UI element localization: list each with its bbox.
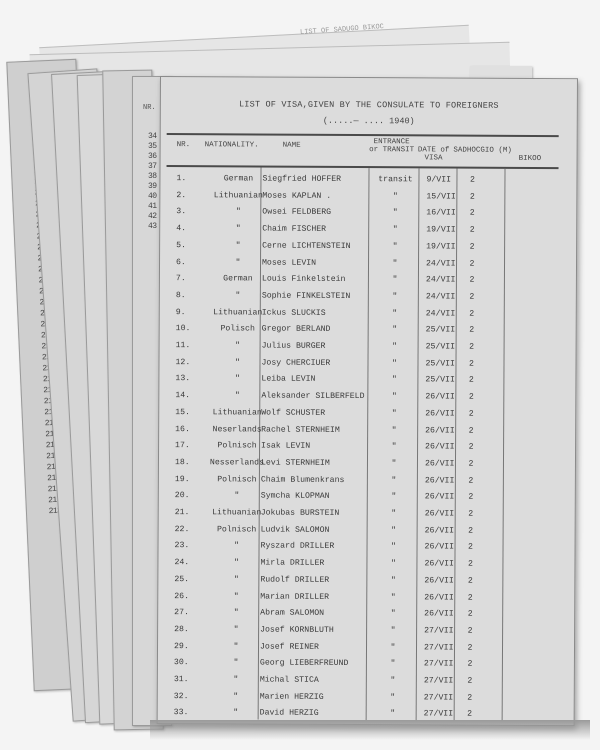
row-count: 2 [461, 440, 481, 456]
table-row: 28."Josef KORNBLUTH"27/VII2 [158, 622, 574, 640]
row-count: 2 [460, 674, 480, 690]
row-count: 2 [460, 640, 480, 656]
table-row: 16.NeserlandsRachel STERNHEIM"26/VII2 [159, 422, 575, 440]
page-shadow [150, 720, 590, 740]
row-visa-date: 27/VII [424, 673, 454, 689]
stack-sheet-header: NR. [143, 104, 156, 112]
table-row: 21.LithuanianJokubas BURSTEIN"26/VII2 [159, 505, 575, 523]
row-name: Marien HERZIG [260, 689, 324, 705]
row-entry-type: transit [370, 172, 420, 188]
row-count: 2 [461, 507, 481, 523]
row-visa-date: 9/VII [426, 172, 451, 188]
header-sadhocgio: SADHOCGIO (M) [453, 147, 513, 155]
row-count: 2 [462, 340, 482, 356]
row-count: 2 [461, 423, 481, 439]
table-row: 15.LithuanianWolf SCHUSTER"26/VII2 [159, 405, 575, 423]
row-visa-date: 27/VII [424, 690, 454, 706]
row-visa-date: 26/VII [425, 423, 455, 439]
row-count: 2 [460, 540, 480, 556]
row-visa-date: 25/VII [425, 373, 455, 389]
row-visa-date: 27/VII [424, 640, 454, 656]
row-count: 2 [462, 306, 482, 322]
row-name: Cerne LICHTENSTEIN [262, 238, 351, 254]
header-nr: NR. [177, 141, 191, 149]
row-entry-type: " [368, 539, 418, 555]
row-name: Isak LEVIN [261, 439, 310, 455]
header-date-of-visa: DATE of VISA [415, 146, 453, 162]
row-count: 2 [462, 173, 482, 189]
table-row: 8."Sophie FINKELSTEIN"24/VII2 [160, 288, 576, 306]
table-row: 9.LithuanianIckus SLUCKIS"24/VII2 [160, 305, 576, 323]
row-entry-type: " [370, 256, 420, 272]
row-number: 24. [174, 555, 189, 571]
row-number: 4. [176, 221, 186, 237]
table-row: 1.GermanSiegfried HOFFERtransit9/VII2 [160, 171, 576, 189]
header-entrance-transit: ENTRANCE or TRANSIT [369, 138, 415, 154]
table-row: 5."Cerne LICHTENSTEIN"19/VII2 [160, 238, 576, 256]
row-number: 27. [174, 605, 189, 621]
row-entry-type: " [370, 272, 420, 288]
row-visa-date: 16/VII [426, 206, 456, 222]
row-visa-date: 26/VII [425, 506, 455, 522]
row-visa-date: 19/VII [426, 222, 456, 238]
row-name: Leiba LEVIN [261, 372, 315, 388]
row-visa-date: 26/VII [425, 440, 455, 456]
row-number: 2. [176, 188, 186, 204]
row-number: 20. [175, 488, 190, 504]
row-number: 10. [176, 321, 191, 337]
row-entry-type: " [370, 322, 420, 338]
row-entry-type: " [368, 556, 418, 572]
row-number: 22. [175, 522, 190, 538]
row-name: Abram SALOMON [260, 606, 324, 622]
row-count: 2 [460, 607, 480, 623]
row-name: Jokubas BURSTEIN [261, 506, 340, 522]
visa-list-page: LIST OF VISA,GIVEN BY THE CONSULATE TO F… [157, 76, 578, 726]
row-count: 2 [461, 456, 481, 472]
row-number: 16. [175, 422, 190, 438]
row-name: Chaim FISCHER [262, 222, 326, 238]
row-count: 2 [460, 690, 480, 706]
row-name: Josef KORNBLUTH [260, 622, 334, 638]
row-visa-date: 26/VII [425, 490, 455, 506]
row-entry-type: " [369, 423, 419, 439]
row-number: 14. [175, 388, 190, 404]
row-count: 2 [462, 273, 482, 289]
row-name: Georg LIEBERFREUND [260, 656, 349, 672]
row-number: 28. [174, 622, 189, 638]
row-number: 12. [175, 355, 190, 371]
row-count: 2 [462, 239, 482, 255]
row-entry-type: " [369, 456, 419, 472]
row-count: 2 [462, 323, 482, 339]
page-subtitle: (.....— .... 1940) [161, 115, 577, 127]
row-name: Rachel STERNHEIM [261, 422, 340, 438]
row-entry-type: " [368, 690, 418, 706]
table-row: 30."Georg LIEBERFREUND"27/VII2 [158, 655, 574, 673]
row-number: 8. [176, 288, 186, 304]
row-visa-date: 26/VII [425, 523, 455, 539]
row-name: Gregor BERLAND [262, 322, 331, 338]
row-visa-date: 26/VII [424, 590, 454, 606]
table-row: 14."Aleksander SILBERFELD"26/VII2 [159, 388, 575, 406]
row-entry-type: " [368, 606, 418, 622]
row-entry-type: " [368, 573, 418, 589]
row-visa-date: 26/VII [425, 473, 455, 489]
row-count: 2 [460, 657, 480, 673]
row-name: Rudolf DRILLER [260, 572, 329, 588]
row-name: Moses KAPLAN . [262, 188, 331, 204]
row-entry-type: " [369, 523, 419, 539]
visa-table-body: 1.GermanSiegfried HOFFERtransit9/VII22.L… [161, 77, 577, 79]
row-entry-type: " [369, 372, 419, 388]
row-visa-date: 24/VII [426, 289, 456, 305]
row-visa-date: 27/VII [424, 623, 454, 639]
row-count: 2 [461, 406, 481, 422]
row-name: Josy CHERCIUER [261, 355, 330, 371]
row-number: 13. [175, 371, 190, 387]
row-name: Ludvik SALOMON [261, 522, 330, 538]
row-count: 2 [460, 557, 480, 573]
row-entry-type: " [370, 205, 420, 221]
row-count: 2 [462, 223, 482, 239]
row-entry-type: " [370, 189, 420, 205]
row-visa-date: 26/VII [424, 556, 454, 572]
row-entry-type: " [369, 389, 419, 405]
row-count: 2 [462, 256, 482, 272]
row-entry-type: " [368, 640, 418, 656]
table-row: 22.PolnischLudvik SALOMON"26/VII2 [159, 522, 575, 540]
table-row: 31."Michal STICA"27/VII2 [158, 672, 574, 690]
page-title: LIST OF VISA,GIVEN BY THE CONSULATE TO F… [161, 99, 577, 111]
row-visa-date: 25/VII [426, 339, 456, 355]
row-name: Aleksander SILBERFELD [261, 389, 364, 406]
table-row: 19.PolnischChaim Blumenkrans"26/VII2 [159, 472, 575, 490]
row-name: Owsei FELDBERG [262, 205, 331, 221]
row-entry-type: " [369, 356, 419, 372]
row-name: Mirla DRILLER [260, 556, 324, 572]
row-number: 26. [174, 589, 189, 605]
row-count: 2 [461, 356, 481, 372]
row-number: 23. [174, 538, 189, 554]
row-number: 5. [176, 238, 186, 254]
row-count: 2 [460, 590, 480, 606]
header-nationality: NATIONALITY. [205, 141, 259, 149]
row-name: Siegfried HOFFER [262, 172, 341, 188]
row-visa-date: 25/VII [425, 356, 455, 372]
table-row: 25."Rudolf DRILLER"26/VII2 [158, 572, 574, 590]
row-entry-type: " [370, 239, 420, 255]
row-visa-date: 26/VII [425, 456, 455, 472]
row-count: 2 [460, 623, 480, 639]
row-count: 2 [460, 573, 480, 589]
table-row: 12."Josy CHERCIUER"25/VII2 [159, 355, 575, 373]
row-entry-type: " [368, 623, 418, 639]
row-count: 2 [461, 473, 481, 489]
row-visa-date: 26/VII [425, 389, 455, 405]
table-row: 17.PolnischIsak LEVIN"26/VII2 [159, 438, 575, 456]
row-visa-date: 26/VII [424, 607, 454, 623]
table-row: 10.PolischGregor BERLAND"25/VII2 [160, 321, 576, 339]
row-count: 2 [462, 289, 482, 305]
table-row: 18.NesserlandsLevi STERNHEIM"26/VII2 [159, 455, 575, 473]
table-row: 27."Abram SALOMON"26/VII2 [158, 605, 574, 623]
row-count: 2 [461, 523, 481, 539]
row-entry-type: " [368, 673, 418, 689]
table-row: 4."Chaim FISCHER"19/VII2 [160, 221, 576, 239]
row-name: Ickus SLUCKIS [262, 305, 326, 321]
row-number: 7. [176, 271, 186, 287]
row-count: 2 [462, 189, 482, 205]
table-row: 7.GermanLouis Finkelstein"24/VII2 [160, 271, 576, 289]
row-visa-date: 27/VII [424, 657, 454, 673]
table-row: 11."Julius BURGER"25/VII2 [160, 338, 576, 356]
row-name: Chaim Blumenkrans [261, 472, 345, 488]
table-row: 23."Ryszard DRILLER"26/VII2 [158, 538, 574, 556]
table-row: 32."Marien HERZIG"27/VII2 [158, 689, 574, 707]
row-name: Moses LEVIN [262, 255, 316, 271]
table-row: 26."Marian DRILLER"26/VII2 [158, 588, 574, 606]
table-row: 13."Leiba LEVIN"25/VII2 [159, 371, 575, 389]
row-number: 29. [174, 639, 189, 655]
row-visa-date: 24/VII [426, 306, 456, 322]
row-number: 15. [175, 405, 190, 421]
row-entry-type: " [370, 289, 420, 305]
table-row: 2.LithuanianMoses KAPLAN ."15/VII2 [160, 188, 576, 206]
row-number: 25. [174, 572, 189, 588]
row-entry-type: " [369, 506, 419, 522]
row-visa-date: 24/VII [426, 256, 456, 272]
row-number: 32. [174, 689, 189, 705]
header-top-rule [167, 133, 559, 137]
row-name: Marian DRILLER [260, 589, 329, 605]
row-visa-date: 19/VII [426, 239, 456, 255]
row-number: 1. [176, 171, 186, 187]
row-count: 2 [461, 490, 481, 506]
table-row: 24."Mirla DRILLER"26/VII2 [158, 555, 574, 573]
table-row: 20."Symcha KLOPMAN"26/VII2 [159, 488, 575, 506]
row-number: 17. [175, 438, 190, 454]
row-entry-type: " [369, 489, 419, 505]
row-entry-type: " [368, 590, 418, 606]
row-number: 9. [176, 305, 186, 321]
row-visa-date: 24/VII [426, 273, 456, 289]
row-visa-date: 26/VII [424, 540, 454, 556]
row-visa-date: 15/VII [426, 189, 456, 205]
row-number: 6. [176, 255, 186, 271]
header-bottom-rule [167, 165, 559, 169]
row-name: Josef REINER [260, 639, 319, 655]
row-name: Sophie FINKELSTEIN [262, 288, 351, 304]
header-bikoo: BIKOO [519, 155, 542, 163]
row-visa-date: 25/VII [426, 323, 456, 339]
row-name: Levi STERNHEIM [261, 455, 330, 471]
row-name: Wolf SCHUSTER [261, 405, 325, 421]
row-entry-type: " [370, 306, 420, 322]
row-entry-type: " [370, 222, 420, 238]
row-number: 11. [176, 338, 191, 354]
row-entry-type: " [369, 406, 419, 422]
table-row: 29."Josef REINER"27/VII2 [158, 639, 574, 657]
row-number: 31. [174, 672, 189, 688]
row-number: 30. [174, 655, 189, 671]
sheet-numbers-front: 34 35 36 37 38 39 40 41 42 43 [148, 132, 157, 232]
row-count: 2 [461, 373, 481, 389]
row-number: 19. [175, 472, 190, 488]
header-name: NAME [283, 142, 301, 150]
row-number: 18. [175, 455, 190, 471]
row-visa-date: 26/VII [424, 573, 454, 589]
row-name: Louis Finkelstein [262, 272, 346, 288]
row-count: 2 [461, 390, 481, 406]
row-name: Julius BURGER [262, 339, 326, 355]
row-number: 3. [176, 204, 186, 220]
table-row: 6."Moses LEVIN"24/VII2 [160, 255, 576, 273]
row-count: 2 [462, 206, 482, 222]
row-number: 21. [175, 505, 190, 521]
row-entry-type: " [369, 439, 419, 455]
row-visa-date: 26/VII [425, 406, 455, 422]
row-entry-type: " [369, 473, 419, 489]
row-entry-type: " [368, 656, 418, 672]
row-name: Symcha KLOPMAN [261, 489, 330, 505]
row-name: Michal STICA [260, 673, 319, 689]
table-row: 3."Owsei FELDBERG"16/VII2 [160, 204, 576, 222]
row-entry-type: " [370, 339, 420, 355]
row-name: Ryszard DRILLER [260, 539, 334, 555]
